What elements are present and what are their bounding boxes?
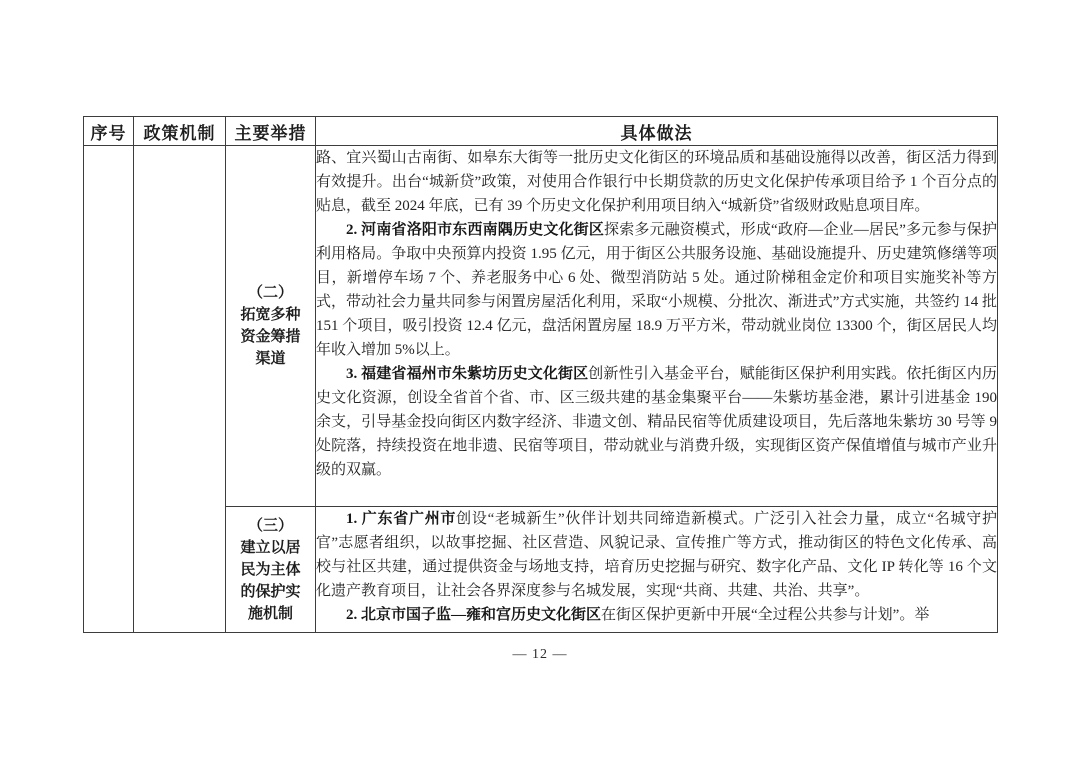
table-header-row: 序号 政策机制 主要举措 具体做法 (84, 117, 998, 146)
measure-line: 资金筹措 (226, 326, 315, 348)
table-row: （二） 拓宽多种 资金筹措 渠道 路、宜兴蜀山古南街、如皋东大街等一批历史文化街… (84, 146, 998, 507)
detail-cell-section-3: 1. 广东省广州市创设“老城新生”伙伴计划共同缔造新模式。广泛引入社会力量，成立… (316, 507, 998, 633)
measure-line: 施机制 (226, 603, 315, 625)
paragraph-beijing: 2. 北京市国子监—雍和宫历史文化街区在街区保护更新中开展“全过程公共参与计划”… (316, 603, 997, 627)
measure-line: 渠道 (226, 348, 315, 370)
detail-content: 1. 广东省广州市创设“老城新生”伙伴计划共同缔造新模式。广泛引入社会力量，成立… (316, 507, 997, 628)
paragraph-text: 创新性引入基金平台，赋能街区保护利用实践。依托街区内历史文化资源，创设全省首个省… (316, 366, 997, 478)
paragraph-text: 探索多元融资模式，形成“政府—企业—居民”多元参与保护利用格局。争取中央预算内投… (316, 222, 997, 358)
paragraph-luoyang: 2. 河南省洛阳市东西南隅历史文化街区探索多元融资模式，形成“政府—企业—居民”… (316, 218, 997, 362)
measure-line: 民为主体 (226, 559, 315, 581)
header-policy-mechanism: 政策机制 (134, 117, 226, 146)
policy-table: 序号 政策机制 主要举措 具体做法 （二） 拓宽多种 资金筹措 渠道 路、宜兴蜀… (83, 116, 998, 633)
measure-line: 拓宽多种 (226, 304, 315, 326)
measure-cell-section-2: （二） 拓宽多种 资金筹措 渠道 (226, 146, 316, 507)
serial-number-cell-empty (84, 146, 134, 633)
measure-line: 的保护实 (226, 581, 315, 603)
paragraph-text: 在街区保护更新中开展“全过程公共参与计划”。举 (601, 607, 929, 623)
page-number: — 12 — (0, 645, 1080, 665)
paragraph-guangzhou: 1. 广东省广州市创设“老城新生”伙伴计划共同缔造新模式。广泛引入社会力量，成立… (316, 507, 997, 603)
document-page: 序号 政策机制 主要举措 具体做法 （二） 拓宽多种 资金筹措 渠道 路、宜兴蜀… (0, 0, 1080, 764)
measure-line: 建立以居 (226, 537, 315, 559)
paragraph-lead: 2. 北京市国子监—雍和宫历史文化街区 (346, 607, 601, 623)
detail-cell-section-2: 路、宜兴蜀山古南街、如皋东大街等一批历史文化街区的环境品质和基础设施得以改善，街… (316, 146, 998, 507)
policy-mechanism-cell-empty (134, 146, 226, 633)
measure-line: （二） (226, 282, 315, 304)
detail-content: 路、宜兴蜀山古南街、如皋东大街等一批历史文化街区的环境品质和基础设施得以改善，街… (316, 146, 997, 501)
paragraph-lead: 3. 福建省福州市朱紫坊历史文化街区 (346, 366, 588, 382)
header-serial-number: 序号 (84, 117, 134, 146)
paragraph-lead: 2. 河南省洛阳市东西南隅历史文化街区 (346, 222, 604, 238)
paragraph-text: 路、宜兴蜀山古南街、如皋东大街等一批历史文化街区的环境品质和基础设施得以改善，街… (316, 150, 997, 214)
measure-line: （三） (226, 515, 315, 537)
header-specific-practices: 具体做法 (316, 117, 998, 146)
paragraph-fuzhou: 3. 福建省福州市朱紫坊历史文化街区创新性引入基金平台，赋能街区保护利用实践。依… (316, 362, 997, 482)
header-main-measures: 主要举措 (226, 117, 316, 146)
paragraph-continuation: 路、宜兴蜀山古南街、如皋东大街等一批历史文化街区的环境品质和基础设施得以改善，街… (316, 146, 997, 218)
paragraph-lead: 1. 广东省广州市 (346, 511, 456, 527)
measure-cell-section-3: （三） 建立以居 民为主体 的保护实 施机制 (226, 507, 316, 633)
